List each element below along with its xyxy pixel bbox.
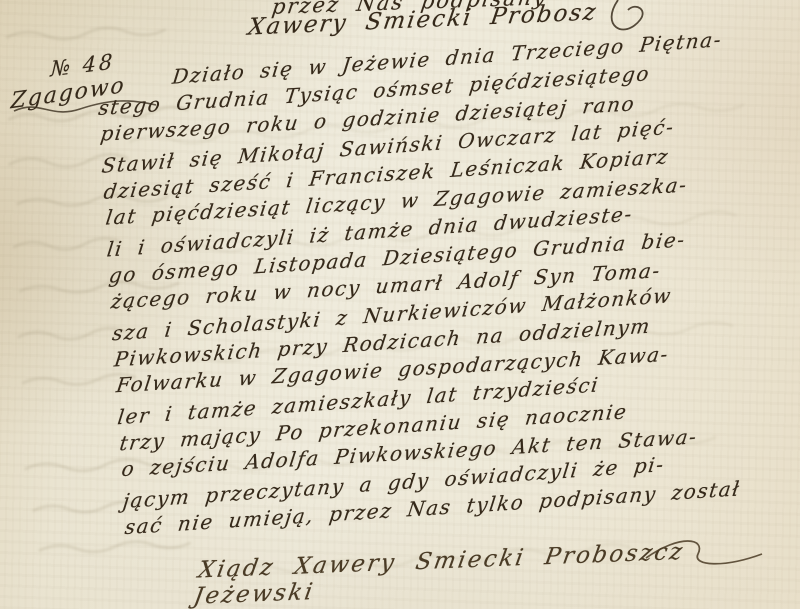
scanned-document-page: { "document_type": "handwritten parish d… <box>0 0 800 609</box>
ink-layer: przez Nas podpisany Xawery Smiecki Probo… <box>0 0 800 609</box>
record-body: Działo się w Jeżewie dnia Trzeciego Pięt… <box>96 22 800 541</box>
signature-end-flourish <box>640 528 770 578</box>
